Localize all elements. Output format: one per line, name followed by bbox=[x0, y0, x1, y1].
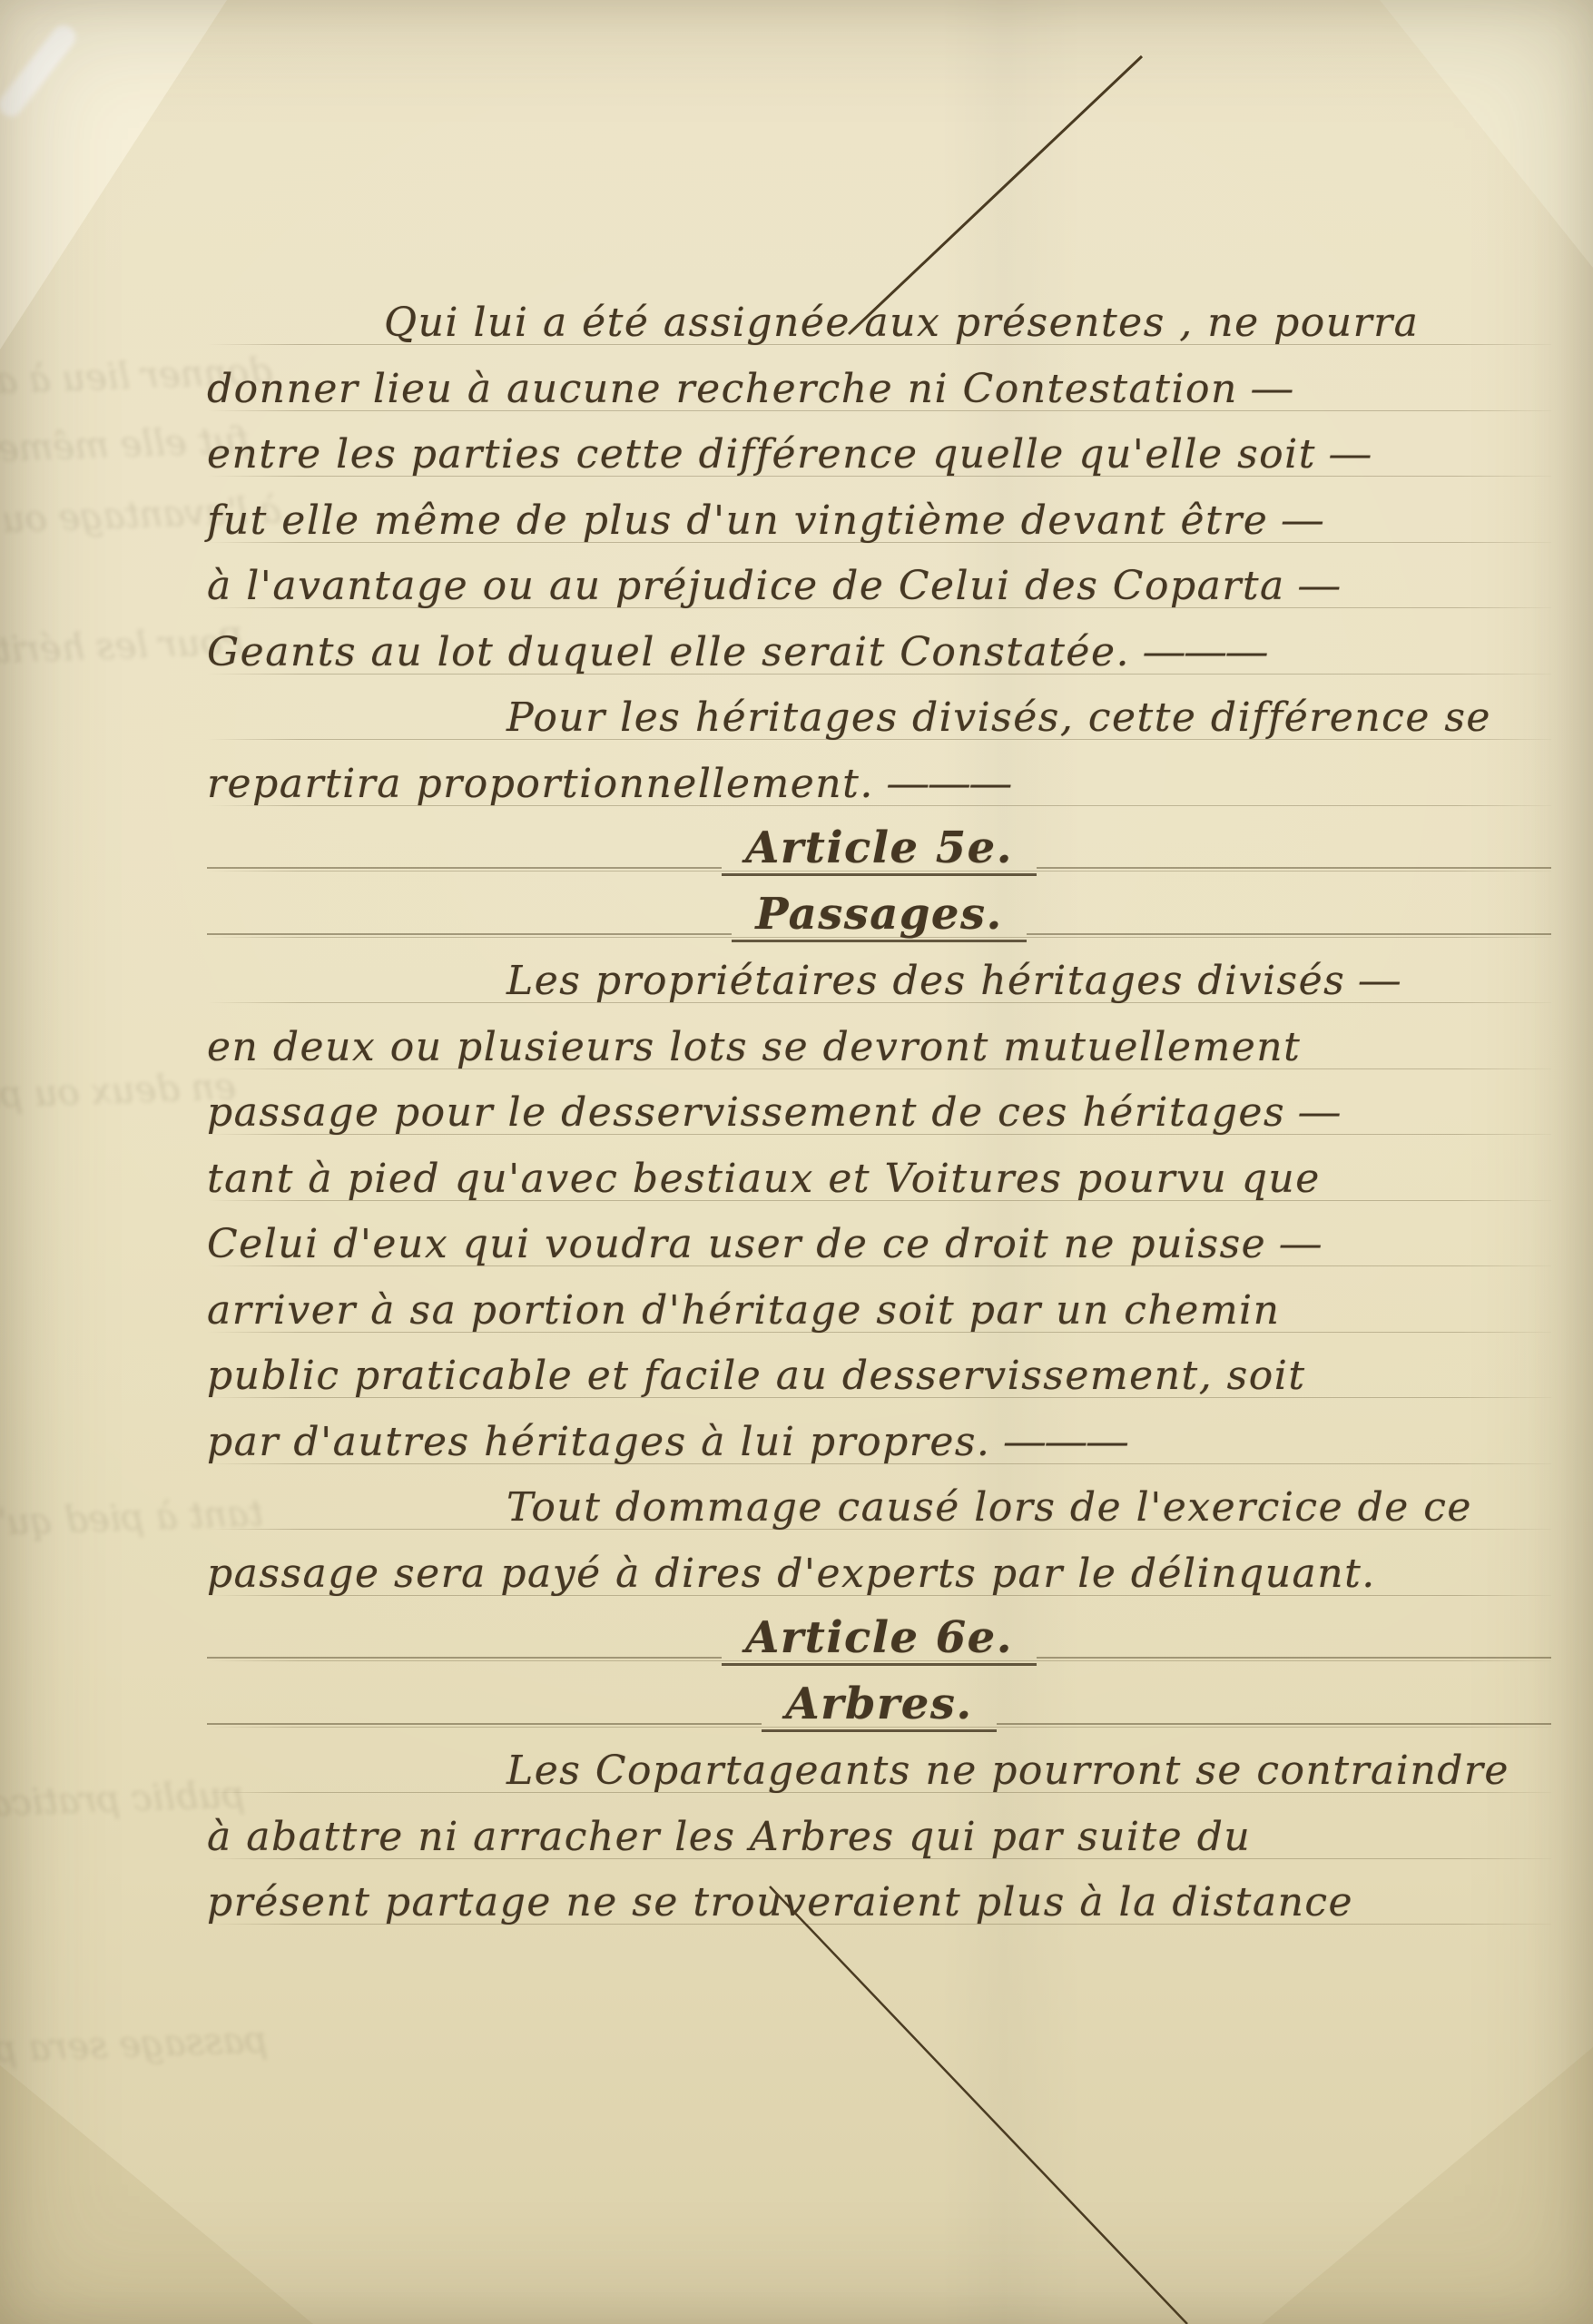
text-line: passage pour le desservissement de ces h… bbox=[207, 1080, 1551, 1147]
heading-text: Arbres. bbox=[762, 1679, 996, 1732]
heading-side-rule bbox=[997, 1723, 1551, 1725]
text-line: présent partage ne se trouveraient plus … bbox=[207, 1870, 1551, 1936]
text-line: passage sera payé à dires d'experts par … bbox=[207, 1541, 1551, 1608]
text-line: Les propriétaires des héritages divisés … bbox=[207, 949, 1551, 1015]
page-corner-fold-top-left bbox=[0, 0, 227, 350]
text-line: repartira proportionnellement. ――― bbox=[207, 752, 1551, 818]
heading-line: Article 5e. bbox=[207, 817, 1551, 883]
text-line: Geants au lot duquel elle serait Constat… bbox=[207, 620, 1551, 686]
diagonal-pen-stroke-bottom bbox=[770, 1886, 1187, 2324]
text-line: public praticable et facile au desservis… bbox=[207, 1344, 1551, 1410]
page-corner-fold-top-right bbox=[1380, 0, 1593, 268]
text-line: à abattre ni arracher les Arbres qui par… bbox=[207, 1805, 1551, 1871]
heading-text: Article 5e. bbox=[722, 823, 1037, 876]
heading-text: Article 6e. bbox=[722, 1613, 1037, 1666]
manuscript-page: donner lieu à aucune recherche ni Contes… bbox=[0, 0, 1593, 2324]
heading-side-rule bbox=[207, 867, 722, 869]
text-line: tant à pied qu'avec bestiaux et Voitures… bbox=[207, 1147, 1551, 1213]
heading-line: Arbres. bbox=[207, 1673, 1551, 1739]
page-corner-shadow-bottom-right bbox=[1262, 2047, 1593, 2324]
text-line: Qui lui a été assignée aux présentes , n… bbox=[207, 290, 1551, 357]
text-line: en deux ou plusieurs lots se devront mut… bbox=[207, 1015, 1551, 1081]
heading-side-rule bbox=[207, 1657, 722, 1659]
text-line: donner lieu à aucune recherche ni Contes… bbox=[207, 357, 1551, 423]
heading-side-rule bbox=[1037, 867, 1551, 869]
heading-side-rule bbox=[207, 933, 732, 935]
heading-side-rule bbox=[1037, 1657, 1551, 1659]
text-line: à l'avantage ou au préjudice de Celui de… bbox=[207, 554, 1551, 620]
heading-line: Article 6e. bbox=[207, 1607, 1551, 1673]
text-line: Tout dommage causé lors de l'exercice de… bbox=[207, 1475, 1551, 1541]
heading-line: Passages. bbox=[207, 883, 1551, 950]
heading-side-rule bbox=[207, 1723, 762, 1725]
manuscript-text: Qui lui a été assignée aux présentes , n… bbox=[207, 290, 1551, 1936]
text-line: fut elle même de plus d'un vingtième dev… bbox=[207, 488, 1551, 555]
heading-text: Passages. bbox=[732, 890, 1026, 942]
text-line: entre les parties cette différence quell… bbox=[207, 422, 1551, 488]
ink-bleed-through: passage sera payé à dires d'experts par … bbox=[0, 2019, 269, 2071]
text-line: Les Copartageants ne pourront se contrai… bbox=[207, 1738, 1551, 1805]
ink-bleed-through: en deux ou plusieurs lots se devront mut… bbox=[0, 1066, 237, 1118]
text-line: par d'autres héritages à lui propres. ――… bbox=[207, 1410, 1551, 1476]
text-line: arriver à sa portion d'héritage soit par… bbox=[207, 1278, 1551, 1344]
page-corner-shadow-bottom-left bbox=[0, 2065, 313, 2324]
text-line: Pour les héritages divisés, cette différ… bbox=[207, 685, 1551, 752]
text-line: Celui d'eux qui voudra user de ce droit … bbox=[207, 1212, 1551, 1278]
heading-side-rule bbox=[1027, 933, 1551, 935]
